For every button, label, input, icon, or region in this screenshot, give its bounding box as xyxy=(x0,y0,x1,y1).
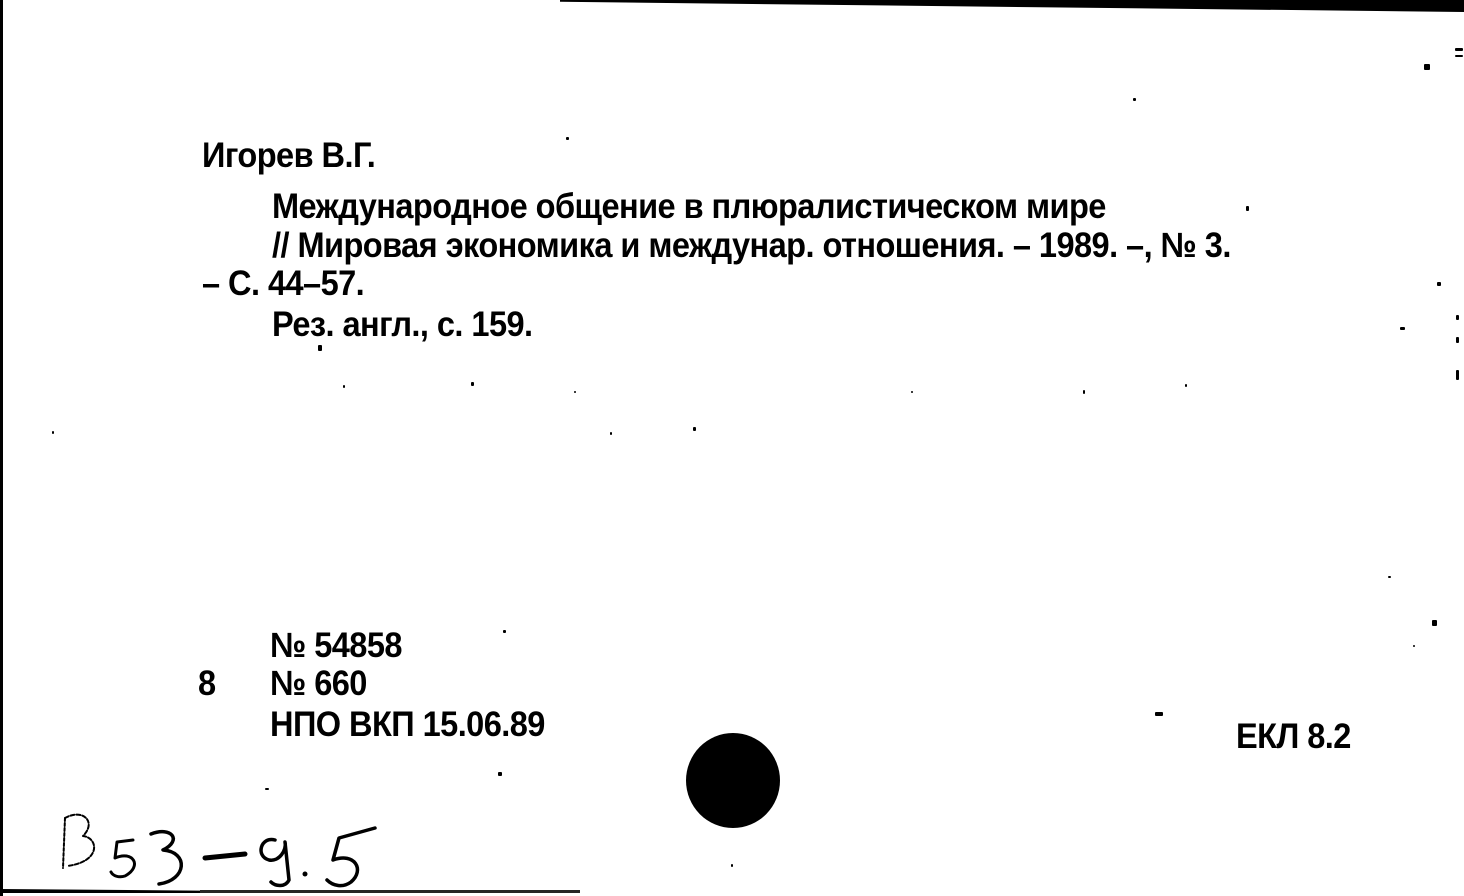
scan-speck xyxy=(610,432,612,435)
scan-speck xyxy=(1185,384,1187,387)
article-title: Международное общение в плюралистическом… xyxy=(272,187,1106,227)
handwritten-note xyxy=(55,800,395,890)
scan-speck xyxy=(911,391,913,393)
scan-speck xyxy=(1456,370,1459,380)
scan-speck xyxy=(1413,645,1415,647)
scan-speck xyxy=(1155,712,1163,716)
scan-speck xyxy=(693,427,696,431)
scan-speck xyxy=(1400,327,1405,330)
scan-speck xyxy=(1456,337,1459,343)
scan-speck xyxy=(1456,315,1459,320)
scan-speck xyxy=(1246,206,1249,211)
catalog-card: Игорев В.Г. Международное общение в плюр… xyxy=(0,0,1464,896)
classification-code: ЕКЛ 8.2 xyxy=(1236,717,1351,757)
scan-speck xyxy=(566,137,569,140)
scan-speck xyxy=(343,385,345,388)
scan-edge-left xyxy=(0,0,3,896)
accession-number-2: № 660 xyxy=(270,664,367,704)
scan-speck xyxy=(1133,98,1136,101)
author-name: Игорев В.Г. xyxy=(202,136,375,176)
scan-speck xyxy=(1455,48,1463,51)
scan-edge-top xyxy=(560,0,1464,12)
scan-speck xyxy=(1388,576,1391,578)
scan-speck xyxy=(1437,282,1441,286)
scan-speck xyxy=(265,788,269,790)
scan-speck xyxy=(471,382,474,386)
accession-number-1: № 54858 xyxy=(270,626,402,666)
scan-edge-bottom xyxy=(200,890,580,893)
scan-speck xyxy=(1424,64,1430,70)
scan-speck xyxy=(1455,55,1463,57)
scan-speck xyxy=(52,431,54,434)
scan-speck xyxy=(574,391,576,393)
scan-speck xyxy=(318,345,322,351)
scan-speck xyxy=(731,864,733,867)
scan-speck xyxy=(503,630,506,633)
scan-speck xyxy=(498,772,502,776)
summary-note: Рез. англ., с. 159. xyxy=(272,305,533,345)
scan-speck xyxy=(1432,620,1437,626)
scan-speck xyxy=(1083,390,1085,394)
shelf-number: 8 xyxy=(198,664,216,704)
page-range: – С. 44–57. xyxy=(202,264,364,304)
source-journal: // Мировая экономика и междунар. отношен… xyxy=(272,226,1231,266)
issuer-date: НПО ВКП 15.06.89 xyxy=(270,705,545,745)
punch-hole xyxy=(686,733,780,828)
